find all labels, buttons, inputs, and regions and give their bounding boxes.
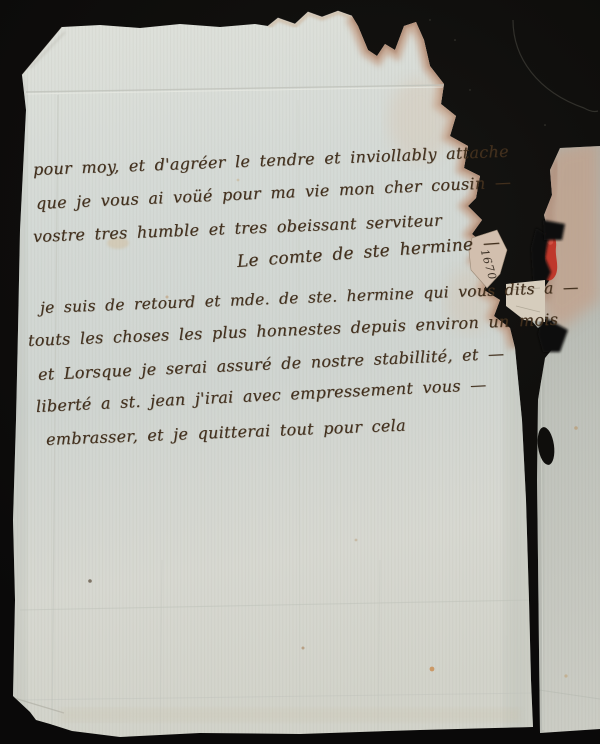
foxing-speck (564, 674, 567, 677)
photograph-of-letter: 1670 pour moy, et d'agréer le tendre et … (0, 0, 600, 744)
backdrop-scratch (513, 20, 598, 112)
second-sheet (520, 130, 600, 744)
foxing-speck (574, 426, 578, 430)
